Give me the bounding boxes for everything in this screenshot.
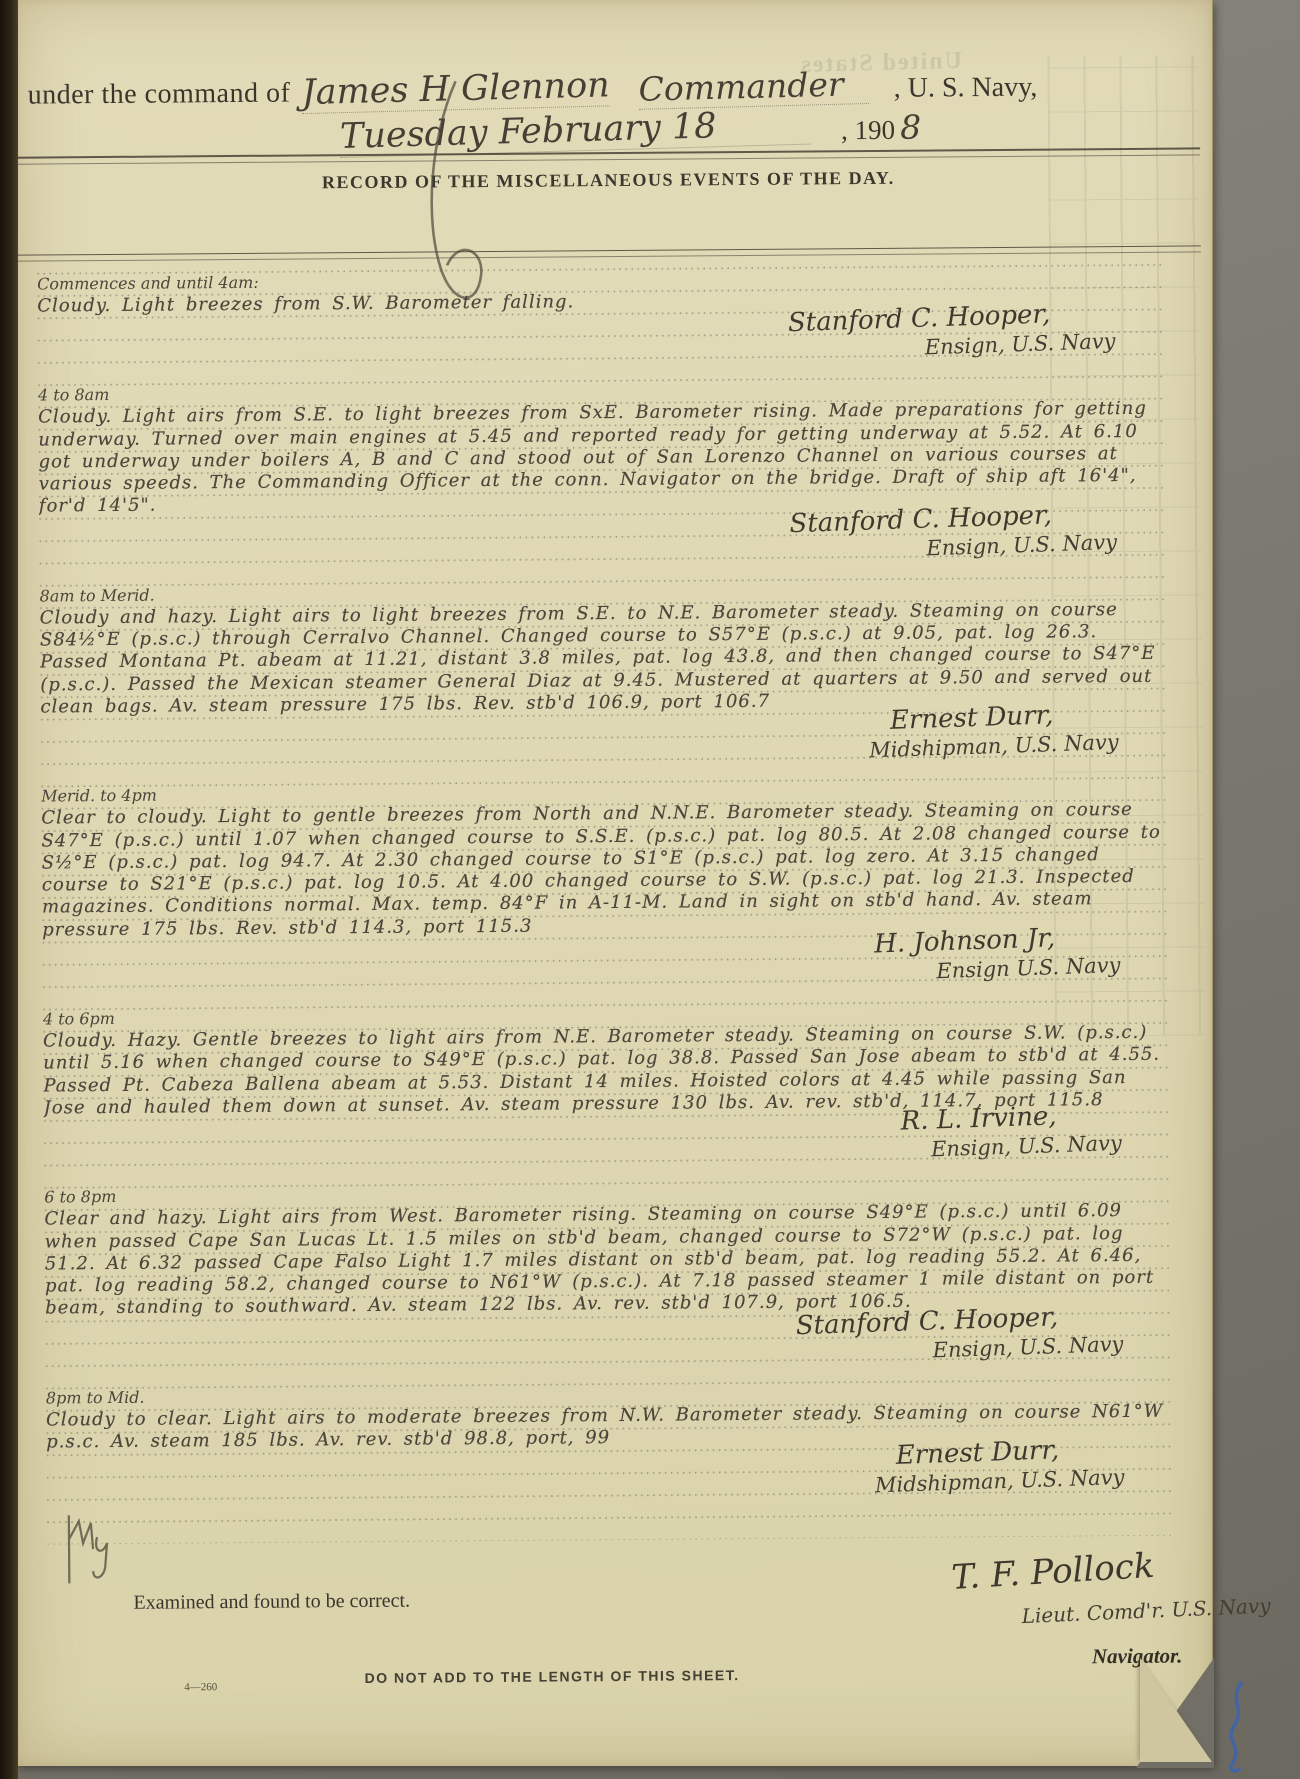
- form-number: 4—260: [184, 1681, 217, 1693]
- navigator-signature: T. F. Pollock: [950, 1538, 1282, 1598]
- entry-signature: H. Johnson Jr, Ensign U.S. Navy: [42, 936, 1170, 1001]
- examined-statement: Examined and found to be correct.: [133, 1590, 410, 1615]
- printed-year-prefix: , 190: [841, 115, 895, 145]
- entry-signature: Ernest Durr, Midshipman, U.S. Navy: [46, 1448, 1174, 1513]
- entry-signature: Stanford C. Hooper, Ensign, U.S. Navy: [45, 1314, 1173, 1379]
- printed-navy-suffix: , U. S. Navy,: [894, 72, 1038, 104]
- log-entries-area: Commences and until 4am: Cloudy. Light b…: [37, 264, 1175, 1545]
- title-divider-rule: [17, 245, 1201, 261]
- entry-body-text: Clear and hazy. Light airs from West. Ba…: [44, 1200, 1173, 1320]
- year-digit-handwritten: 8: [900, 108, 921, 147]
- page-corner-fold: [1140, 1658, 1212, 1762]
- log-entry-6to8pm: 6 to 8pm Clear and hazy. Light airs from…: [44, 1177, 1173, 1379]
- log-entry-8am-to-merid: 8am to Merid. Cloudy and hazy. Light air…: [40, 575, 1169, 777]
- commander-rank-handwritten: Commander: [638, 64, 869, 110]
- log-entry-merid-to-4pm: Merid. to 4pm Clear to cloudy. Light to …: [41, 776, 1171, 1001]
- do-not-add-notice: DO NOT ADD TO THE LENGTH OF THIS SHEET.: [322, 1667, 782, 1687]
- section-title: RECORD OF THE MISCELLANEOUS EVENTS OF TH…: [10, 165, 1206, 195]
- entry-signature: Stanford C. Hooper, Ensign, U.S. Navy: [37, 312, 1165, 377]
- initials-scrawl: [63, 1509, 134, 1590]
- entry-signature: Stanford C. Hooper, Ensign, U.S. Navy: [39, 512, 1167, 577]
- entry-signature: Ernest Durr, Midshipman, U.S. Navy: [41, 713, 1169, 778]
- signature-flourish-stroke: [410, 79, 502, 340]
- scanned-logbook-sheet: United States under the command of James…: [0, 0, 1300, 1779]
- log-entry-commences: Commences and until 4am: Cloudy. Light b…: [37, 264, 1166, 377]
- entry-signature: R. L. Irvine, Ensign, U.S. Navy: [44, 1114, 1172, 1179]
- logbook-page: United States under the command of James…: [16, 0, 1213, 1766]
- log-entry-4to8am: 4 to 8am Cloudy. Light airs from S.E. to…: [38, 375, 1167, 577]
- blue-pen-mark: [1216, 1678, 1262, 1778]
- printed-command-prefix: under the command of: [28, 78, 291, 111]
- navigator-rank: Lieut. Comd'r. U.S. Navy: [1021, 1591, 1300, 1628]
- entry-body-text: Clear to cloudy. Light to gentle breezes…: [41, 799, 1170, 942]
- binding-gutter-shadow: [0, 0, 18, 1779]
- entry-body-text: Cloudy and hazy. Light airs to light bre…: [40, 598, 1169, 718]
- entry-body-text: Cloudy. Light airs from S.E. to light br…: [38, 398, 1167, 518]
- log-entry-8pm-to-mid: 8pm to Mid. Cloudy to clear. Light airs …: [46, 1377, 1175, 1512]
- log-entry-4to6pm: 4 to 6pm Cloudy. Hazy. Gentle breezes to…: [43, 999, 1172, 1179]
